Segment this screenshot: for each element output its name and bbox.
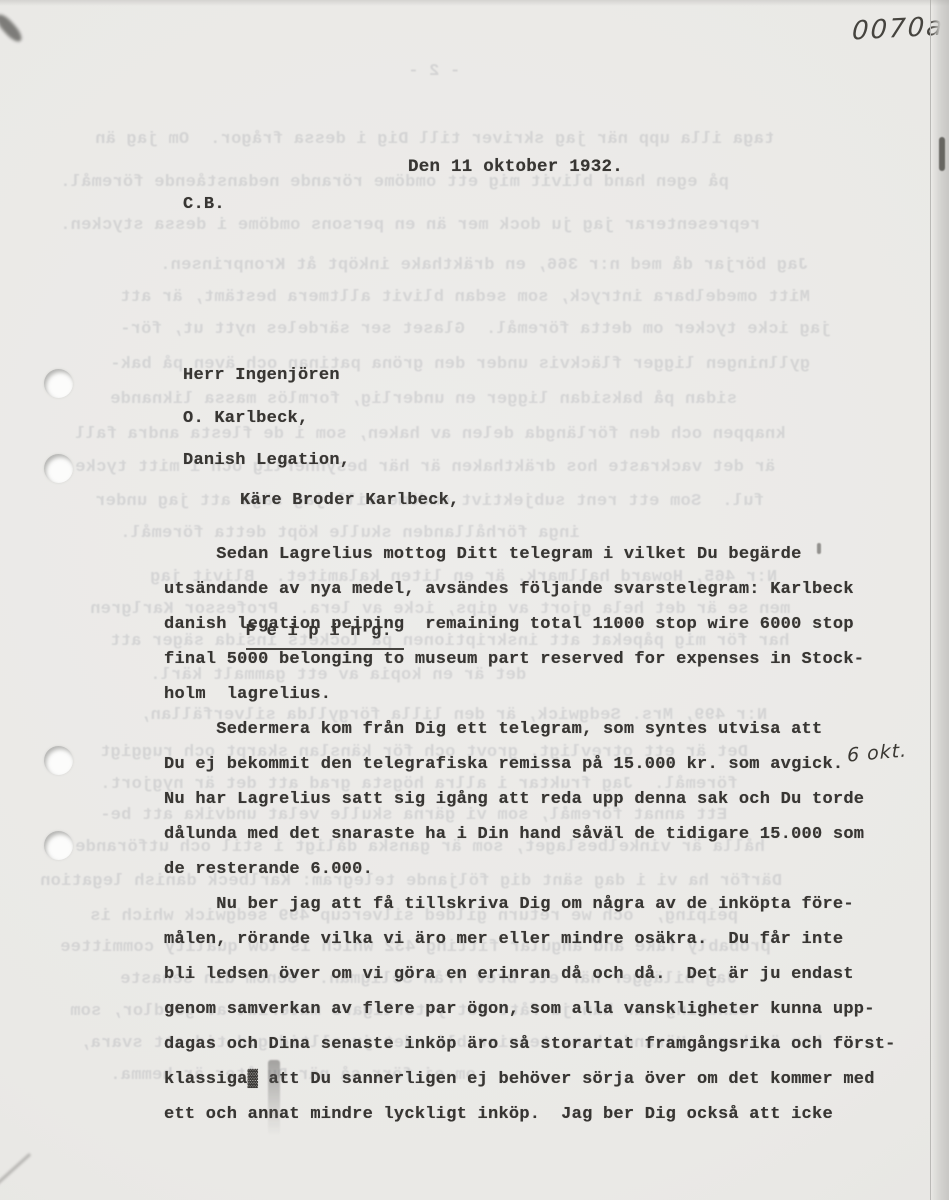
letter-line: Du ej bekommit den telegrafiska remissa …	[164, 747, 896, 782]
ink-speck	[817, 543, 821, 554]
letter-line: de resterande 6.000.	[164, 852, 896, 887]
letter-line: holm lagrelius.	[164, 677, 896, 712]
punch-hole	[44, 369, 73, 398]
letter-line: bli ledsen över om vi göra en erinran då…	[164, 957, 896, 992]
sender-initials: C.B.	[183, 193, 225, 217]
letter-line: Sedan Lagrelius mottog Ditt telegram i v…	[164, 537, 896, 572]
letter-line: Sedermera kom från Dig ett telegram, som…	[164, 712, 896, 747]
scan-edge-right	[930, 0, 949, 1200]
letter-line: final 5000 belonging to museum part rese…	[164, 642, 896, 677]
edge-ink-mark	[939, 137, 945, 171]
letter-line: utsändande av nya medel, avsändes följan…	[164, 572, 896, 607]
salutation: Käre Broder Karlbeck,	[240, 488, 460, 514]
scanned-letter-page: - 2 -taga illa upp när jag skriver till …	[0, 0, 949, 1200]
bleedthrough-line: är det vackraste hos dräkthaken är här b…	[75, 458, 775, 477]
bleedthrough-line: knappen och den förlängda delen av haken…	[75, 425, 786, 444]
recipient-address-lines: Herr IngenjörenO. Karlbeck,Danish Legati…	[183, 355, 404, 483]
ink-smudge	[268, 1060, 280, 1136]
punch-hole	[44, 454, 73, 483]
scan-edge-top	[0, 0, 949, 6]
punch-hole	[44, 831, 73, 860]
letter-line: danish legation peiping remaining total …	[164, 607, 896, 642]
bleedthrough-line: på egen hand blivit mig ett omdöme röran…	[60, 173, 729, 192]
letter-line: Nu har Lagrelius satt sig igång att reda…	[164, 782, 896, 817]
letter-line: genom samverkan av flere par ögon, som a…	[164, 992, 896, 1027]
address-line: Danish Legation,	[183, 440, 404, 483]
address-line: Herr Ingenjören	[183, 355, 404, 398]
letter-body: Sedan Lagrelius mottog Ditt telegram i v…	[164, 537, 896, 1132]
letter-line: målen, rörande vilka vi äro mer eller mi…	[164, 922, 896, 957]
bleedthrough-line: taga illa upp när jag skriver till Dig i…	[95, 130, 774, 149]
bleedthrough-line: representerar jag ju dock mer än en pers…	[60, 216, 760, 235]
address-line: O. Karlbeck,	[183, 398, 404, 441]
bleedthrough-line: - 2 -	[408, 62, 460, 81]
letter-line: dålunda med det snaraste ha i Din hand s…	[164, 817, 896, 852]
letter-line: dagas och Dina senaste inköp äro så stor…	[164, 1027, 896, 1062]
letter-line: Nu ber jag att få tillskriva Dig om någr…	[164, 887, 896, 922]
letter-date: Den 11 oktober 1932.	[408, 155, 623, 179]
punch-hole	[44, 746, 73, 775]
